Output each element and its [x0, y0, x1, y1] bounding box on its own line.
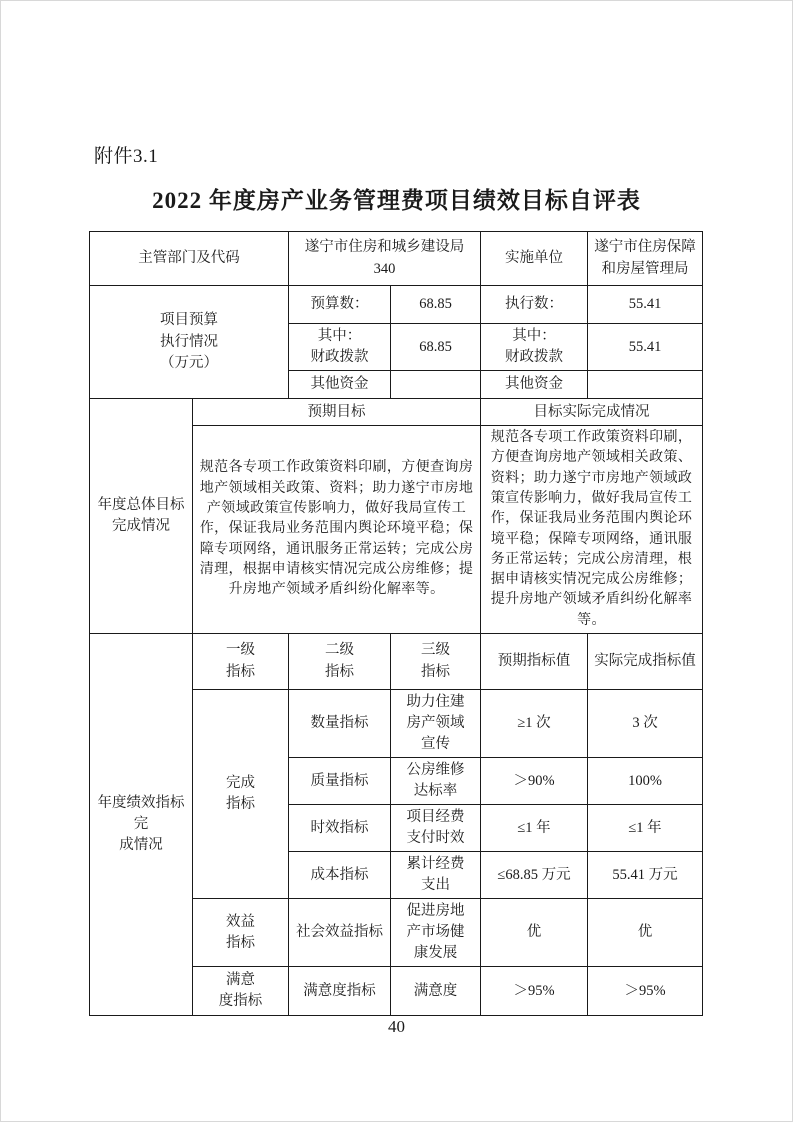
indicator-expected-value: ＞90%	[481, 758, 588, 805]
self-evaluation-table: 主管部门及代码 遂宁市住房和城乡建设局 340 实施单位 遂宁市住房保障 和房屋…	[89, 231, 703, 1016]
indicator-header-level3: 三级 指标	[391, 634, 481, 690]
indicator-expected-value: 优	[481, 899, 588, 967]
impl-unit-value: 遂宁市住房保障 和房屋管理局	[588, 232, 703, 286]
indicator-actual-value: 3 次	[588, 690, 703, 758]
indicator-actual-value: 55.41 万元	[588, 852, 703, 899]
indicator-level2: 成本指标	[289, 852, 391, 899]
actual-goal-header: 目标实际完成情况	[481, 399, 703, 426]
indicator-actual-value: 100%	[588, 758, 703, 805]
indicator-level3: 项目经费 支付时效	[391, 805, 481, 852]
budget-item-value: 55.41	[588, 286, 703, 324]
indicator-header-level1: 一级 指标	[193, 634, 289, 690]
attachment-label: 附件3.1	[94, 141, 158, 168]
dept-code-value: 遂宁市住房和城乡建设局 340	[289, 232, 481, 286]
indicator-level2: 质量指标	[289, 758, 391, 805]
budget-item-label: 其中： 财政拨款	[481, 324, 588, 371]
budget-item-label: 执行数：	[481, 286, 588, 324]
annual-goal-section-label: 年度总体目标 完成情况	[90, 399, 193, 634]
indicators-section-label: 年度绩效指标完 成情况	[90, 634, 193, 1016]
budget-item-label: 预算数：	[289, 286, 391, 324]
indicator-level3: 公房维修 达标率	[391, 758, 481, 805]
indicator-level3: 满意度	[391, 967, 481, 1016]
indicator-header-expected: 预期指标值	[481, 634, 588, 690]
actual-goal-text: 规范各专项工作政策资料印刷，方便查询房地产领域相关政策、资料；助力遂宁市房地产领…	[481, 426, 703, 634]
indicator-header-level2: 二级 指标	[289, 634, 391, 690]
indicator-level1: 满意 度指标	[193, 967, 289, 1016]
indicator-level2: 数量指标	[289, 690, 391, 758]
indicator-expected-value: ≤68.85 万元	[481, 852, 588, 899]
expected-goal-header: 预期目标	[193, 399, 481, 426]
indicator-actual-value: 优	[588, 899, 703, 967]
page-number: 40	[1, 1017, 792, 1037]
indicator-level3: 促进房地 产市场健 康发展	[391, 899, 481, 967]
indicator-level1: 完成 指标	[193, 690, 289, 899]
budget-item-value	[588, 371, 703, 399]
budget-item-label: 其他资金	[289, 371, 391, 399]
indicator-level2: 时效指标	[289, 805, 391, 852]
indicator-level1: 效益 指标	[193, 899, 289, 967]
document-page: 附件3.1 2022 年度房产业务管理费项目绩效目标自评表 主管部门及代码 遂宁…	[0, 0, 793, 1122]
page-title: 2022 年度房产业务管理费项目绩效目标自评表	[1, 182, 792, 215]
indicator-level2: 社会效益指标	[289, 899, 391, 967]
impl-unit-label: 实施单位	[481, 232, 588, 286]
budget-item-value: 55.41	[588, 324, 703, 371]
budget-item-value: 68.85	[391, 286, 481, 324]
indicator-level2: 满意度指标	[289, 967, 391, 1016]
budget-item-label: 其中： 财政拨款	[289, 324, 391, 371]
indicator-level3: 助力住建 房产领域 宣传	[391, 690, 481, 758]
budget-item-value	[391, 371, 481, 399]
indicator-actual-value: ＞95%	[588, 967, 703, 1016]
indicator-header-actual: 实际完成指标值	[588, 634, 703, 690]
indicator-level3: 累计经费 支出	[391, 852, 481, 899]
budget-section-label: 项目预算 执行情况 （万元）	[90, 286, 289, 399]
indicator-expected-value: ≤1 年	[481, 805, 588, 852]
indicator-expected-value: ＞95%	[481, 967, 588, 1016]
budget-item-value: 68.85	[391, 324, 481, 371]
indicator-actual-value: ≤1 年	[588, 805, 703, 852]
dept-code-label: 主管部门及代码	[90, 232, 289, 286]
budget-item-label: 其他资金	[481, 371, 588, 399]
indicator-expected-value: ≥1 次	[481, 690, 588, 758]
expected-goal-text: 规范各专项工作政策资料印刷，方便查询房地产领域相关政策、资料；助力遂宁市房地产领…	[193, 426, 481, 634]
